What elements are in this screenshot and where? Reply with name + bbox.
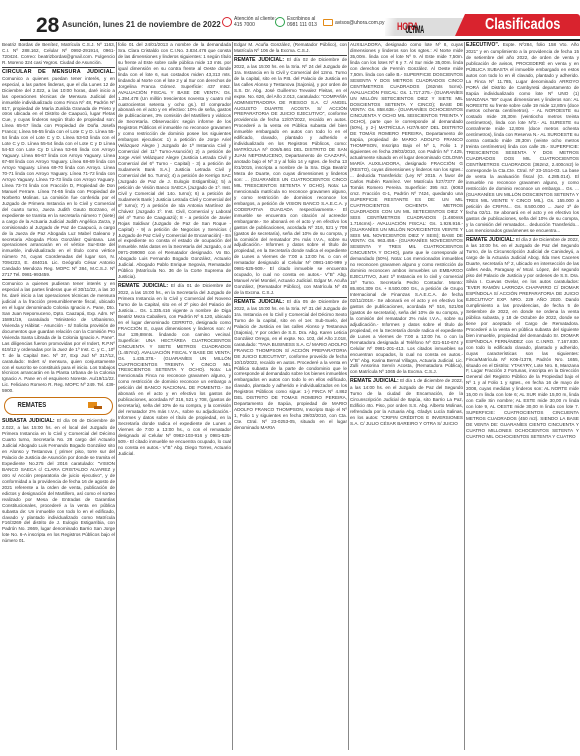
classified-ad: folio 01 del 24/01/2013 a nombre de la d… <box>118 42 231 280</box>
column-5: EJECUTIVO". Expte. Nº284, folio 158 Vto.… <box>466 42 579 750</box>
ad-heading: EJECUTIVO". <box>466 42 499 48</box>
ad-heading: REMATE JUDICIAL: <box>234 299 284 305</box>
ad-divider <box>234 55 347 56</box>
ad-heading: REMATE JUDICIAL: <box>350 378 399 384</box>
classified-ad: REMATE JUDICIAL: El día 05 de Diciembre … <box>234 299 347 431</box>
page-number: 28 <box>36 14 59 38</box>
issue-date: Asunción, lunes 21 de noviembre de 2022 <box>62 20 221 29</box>
section-title: Clasificados <box>485 16 560 34</box>
contact-email-address: avisos@uhora.com.py <box>335 20 385 26</box>
ad-heading: REMATE JUDICIAL: <box>234 57 284 63</box>
section-banner: Clasificados <box>455 14 580 36</box>
ad-heading: REMATE JUDICIAL: <box>466 237 515 243</box>
ad-text: El día 06 de Diciembre de 2.022, a las 1… <box>2 418 115 543</box>
classified-ad: SUBASTA JUDICIAL: El día 06 de Diciembre… <box>2 418 115 544</box>
classified-ad: EJECUTIVO". Expte. Nº284, folio 158 Vto.… <box>466 42 579 234</box>
gavel-icon <box>88 402 102 411</box>
ad-heading: CIRCULAR DE MENSURA JUDICIAL. <box>2 69 115 75</box>
contact-whatsapp: Escribinos al0981 111 013 <box>275 16 317 28</box>
ultimahora-logo: ULTIMAHORA <box>385 18 465 36</box>
column-4: AUXILIADORA, designado como lote Nº 8, c… <box>350 42 463 750</box>
classified-ad: REMATE JUDICIAL: El día 01 de Diciembre … <box>118 283 231 457</box>
ad-heading: REMATE JUDICIAL: <box>118 283 168 289</box>
remates-label: REMATES <box>18 403 47 409</box>
ad-text: El día 1 de diciembre de 2022, a las 14:… <box>350 378 463 426</box>
ad-text: El día 02 de Diciembre de 2022, a las 15… <box>234 57 347 295</box>
column-divider <box>116 42 117 750</box>
ad-text: Expte. Nº284, folio 158 Vto. Año 2021" y… <box>466 42 579 233</box>
contact-email: avisos@uhora.com.py <box>323 19 385 26</box>
ad-text: Comunico a quienes puedan tener interés,… <box>2 76 115 277</box>
classified-ad: REMATE JUDICIAL: El día 2 de Diciembre d… <box>466 237 579 440</box>
classified-ad: Comunico a quienes pudieran tener interé… <box>2 281 115 394</box>
ad-divider <box>2 67 115 68</box>
classified-ad: Edgar M. Acuña González, (Rematador Públ… <box>234 42 347 54</box>
ad-divider <box>466 235 579 236</box>
ad-divider <box>2 279 115 280</box>
phone-icon <box>222 17 232 27</box>
ad-text: El día 05 de Diciembre de 2022, a las 15… <box>234 299 347 430</box>
classified-ad: Beatriz Bordas de Benítez, Matrícula C.S… <box>2 42 115 66</box>
remates-section-banner: REMATES <box>4 397 113 415</box>
ad-text: Beatriz Bordas de Benítez, Matrícula C.S… <box>2 42 115 65</box>
classified-ad: REMATE JUDICIAL: El día 1 de diciembre d… <box>350 378 463 427</box>
ad-text: El día 2 de Diciembre de 2022, a las 10:… <box>466 237 579 439</box>
column-divider <box>464 42 465 750</box>
ad-divider <box>350 376 463 377</box>
envelope-icon <box>323 19 333 26</box>
column-divider <box>348 42 349 750</box>
ad-text: Edgar M. Acuña González, (Rematador Públ… <box>234 42 347 53</box>
ad-text: Comunico a quienes pudieran tener interé… <box>2 281 115 393</box>
contact-whatsapp-number: 0981 111 013 <box>287 22 317 28</box>
classified-ad: CIRCULAR DE MENSURA JUDICIAL. Comunico a… <box>2 69 115 278</box>
page-header: 28 Asunción, lunes 21 de noviembre de 20… <box>0 0 580 40</box>
column-divider <box>232 42 233 750</box>
ad-text: AUXILIADORA, designado como lote Nº 8, c… <box>350 42 463 374</box>
brand-ultima: ULTIMA <box>405 24 423 36</box>
column-1: Beatriz Bordas de Benítez, Matrícula C.S… <box>2 42 115 750</box>
column-2: folio 01 del 24/01/2013 a nombre de la d… <box>118 42 231 750</box>
classified-ad: REMATE JUDICIAL: El día 02 de Diciembre … <box>234 57 347 296</box>
contact-phone: Atención al cliente:415 7000 <box>222 16 276 28</box>
ad-text: folio 01 del 24/01/2013 a nombre de la d… <box>118 42 231 279</box>
header-rule <box>20 39 580 41</box>
ad-divider <box>118 281 231 282</box>
column-3: Edgar M. Acuña González, (Rematador Públ… <box>234 42 347 750</box>
ad-heading: SUBASTA JUDICIAL: <box>2 418 55 424</box>
contact-phone-number: 415 7000 <box>234 22 255 28</box>
ad-text: El día 01 de Diciembre de 2022, a las 15… <box>118 283 231 456</box>
classified-ad: AUXILIADORA, designado como lote Nº 8, c… <box>350 42 463 375</box>
ad-divider <box>234 297 347 298</box>
whatsapp-icon <box>275 17 285 27</box>
